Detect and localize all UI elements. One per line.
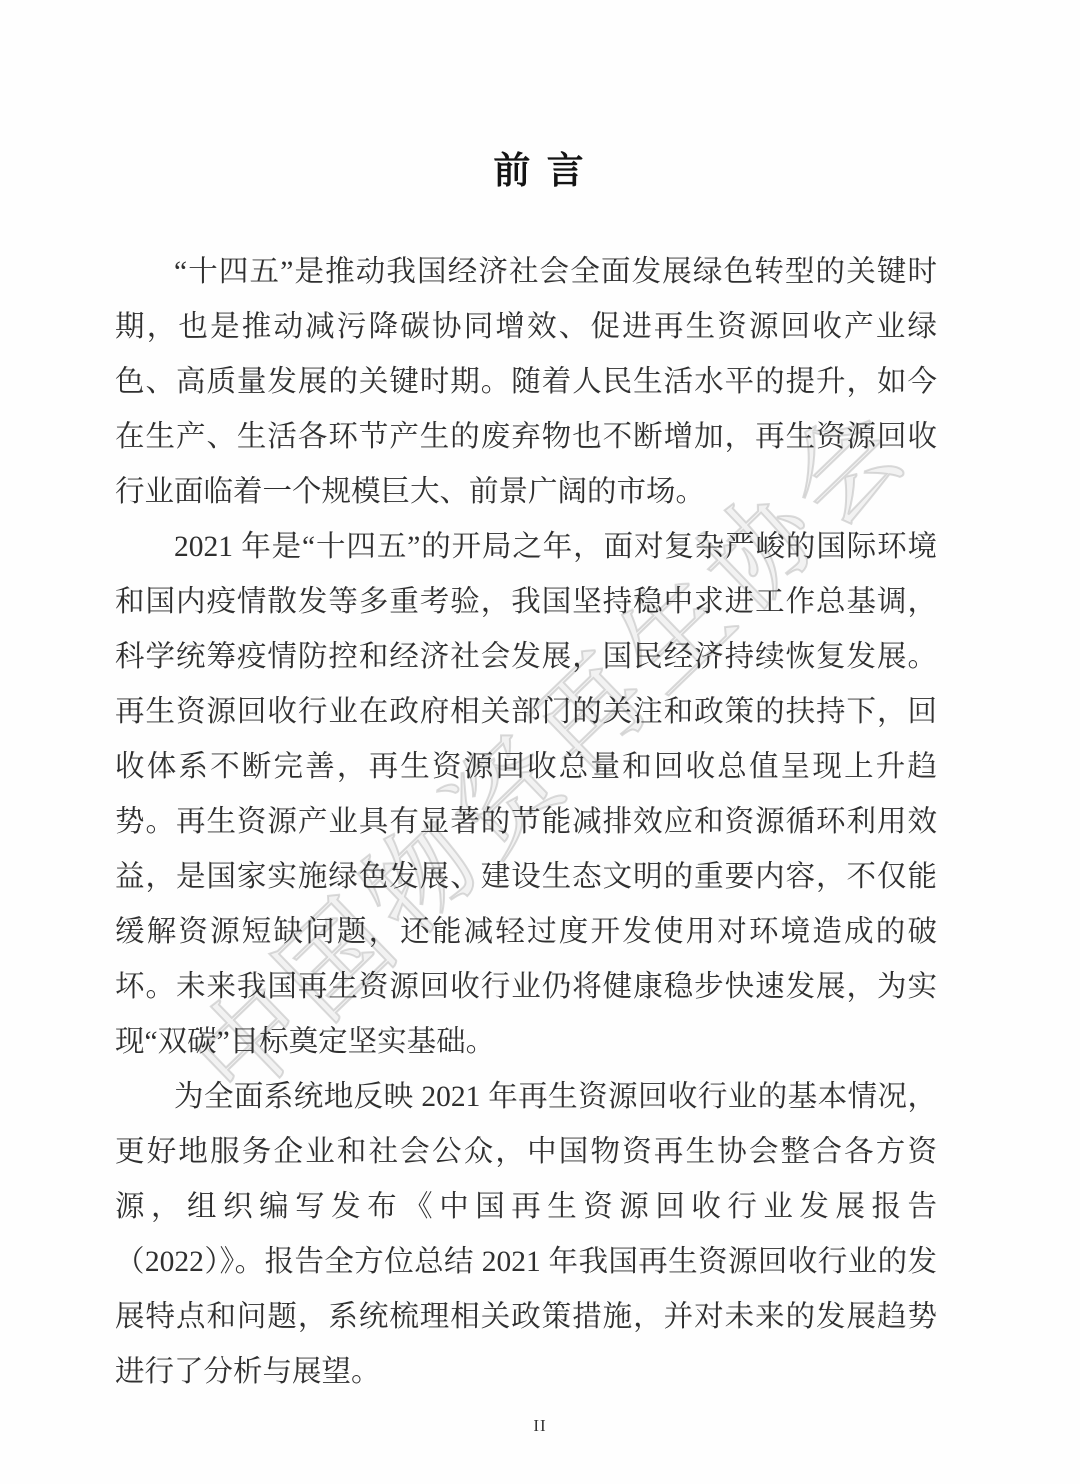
document-page: 中国物资再生协会 前 言 “十四五”是推动我国经济社会全面发展绿色转型的关键时期… <box>0 0 1080 1484</box>
preface-paragraph-1: “十四五”是推动我国经济社会全面发展绿色转型的关键时期，也是推动减污降碳协同增效… <box>115 245 937 520</box>
preface-paragraph-2: 2021 年是“十四五”的开局之年，面对复杂严峻的国际环境和国内疫情散发等多重考… <box>115 520 937 1070</box>
preface-paragraph-3: 为全面系统地反映 2021 年再生资源回收行业的基本情况，更好地服务企业和社会公… <box>115 1070 937 1400</box>
preface-content: “十四五”是推动我国经济社会全面发展绿色转型的关键时期，也是推动减污降碳协同增效… <box>115 245 937 1400</box>
page-number: II <box>0 1416 1080 1436</box>
page-title: 前 言 <box>0 0 1080 189</box>
